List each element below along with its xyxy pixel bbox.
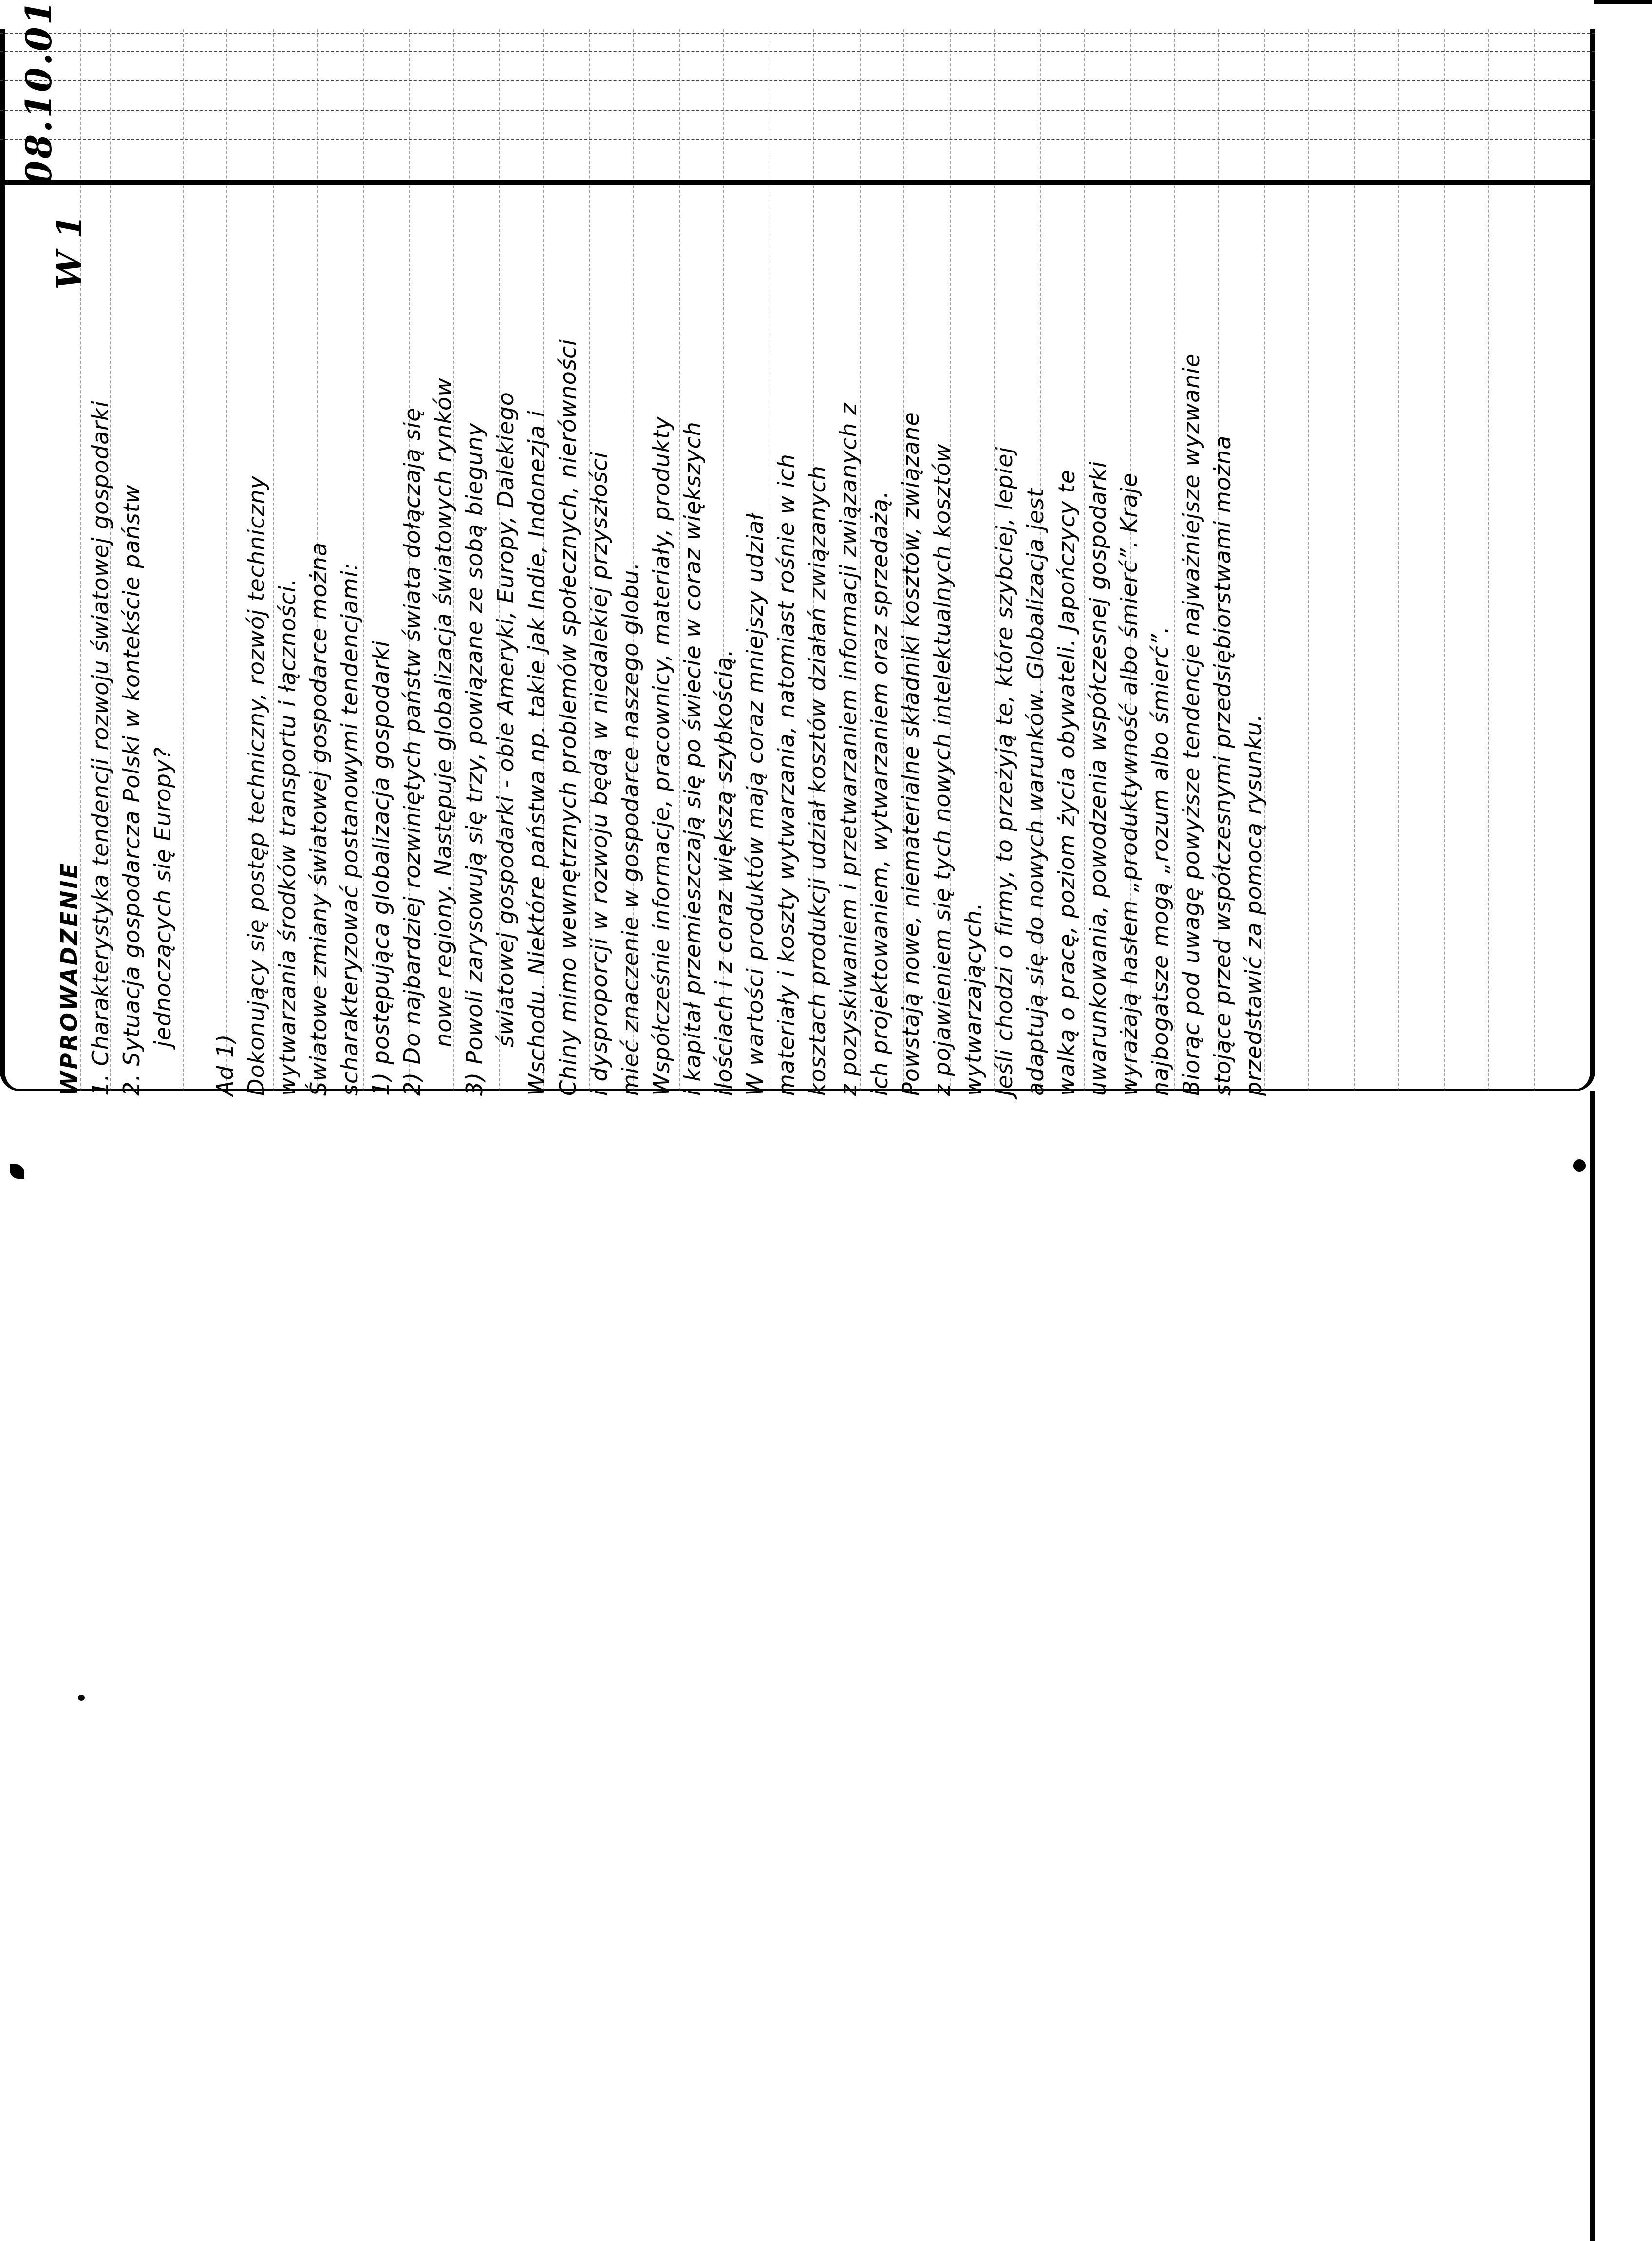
note-line: Światowe zmiany światowej gospodarce moż… <box>303 195 334 1096</box>
answer-label: Ad 1) <box>209 195 241 1096</box>
title-row: WPROWADZENIE W 1 <box>54 195 85 1096</box>
topic-line: 1. Charakterystyka tendencji rozwoju świ… <box>85 195 116 1096</box>
note-line: Jeśli chodzi o firmy, to przeżyją te, kt… <box>989 195 1020 1096</box>
lecture-number: W 1 <box>54 195 85 290</box>
notebook-spine <box>1590 1091 1595 2241</box>
note-line: stojące przed współczesnymi przedsiębior… <box>1207 195 1238 1096</box>
note-line: wyrażają hasłem „produktywność albo śmie… <box>1113 195 1145 1096</box>
note-line: najbogatsze mogą „rozum albo śmierć”. <box>1145 195 1176 1096</box>
note-line: uwarunkowania, powodzenia współczesnej g… <box>1082 195 1113 1096</box>
handwritten-notes: WPROWADZENIE W 1 1. Charakterystyka tend… <box>54 195 1588 1096</box>
note-line: 3) Powoli zarysowują się trzy, powiązane… <box>459 195 490 1096</box>
note-line: kosztach produkcji udział kosztów działa… <box>802 195 833 1096</box>
lecture-date: 08.10.01. <box>10 68 68 185</box>
note-line: wytwarzających. <box>957 195 989 1096</box>
scan-corner-mark <box>1573 1159 1586 1172</box>
note-line: nowe regiony. Następuje globalizacja świ… <box>428 195 459 1096</box>
scan-edge <box>1594 0 1652 4</box>
note-line: Chiny mimo wewnętrznych problemów społec… <box>552 195 583 1096</box>
note-line: adaptują się do nowych warunków. Globali… <box>1020 195 1051 1096</box>
scan-speck <box>78 1695 85 1701</box>
header-divider <box>0 180 1595 185</box>
note-line: ich projektowaniem, wytwarzaniem oraz sp… <box>864 195 895 1096</box>
note-line: walką o pracę, poziom życia obywateli. J… <box>1051 195 1082 1096</box>
note-line: Powstają nowe, niematerialne składniki k… <box>895 195 926 1096</box>
note-line: i kapitał przemieszczają się po świecie … <box>677 195 708 1096</box>
note-line: Współcześnie informacje, pracownicy, mat… <box>646 195 677 1096</box>
note-line: scharakteryzować postanowymi tendencjami… <box>334 195 365 1096</box>
note-line: wytwarzania środków transportu i łącznoś… <box>272 195 303 1096</box>
section-title: WPROWADZENIE <box>54 861 85 1096</box>
header-band <box>0 29 1595 185</box>
note-line: mieć znaczenie w gospodarce naszego glob… <box>615 195 646 1096</box>
note-line: przedstawić za pomocą rysunku. <box>1238 195 1269 1096</box>
note-line: światowej gospodarki - obie Ameryki, Eur… <box>490 195 521 1096</box>
note-line: i dysproporcji w rozwoju będą w niedalek… <box>583 195 615 1096</box>
note-line: materiały i koszty wytwarzania, natomias… <box>770 195 802 1096</box>
note-line: z pojawieniem się tych nowych intelektua… <box>926 195 957 1096</box>
note-line: Wschodu. Niektóre państwa np. takie jak … <box>521 195 552 1096</box>
note-line: Dokonujący się postęp techniczny, rozwój… <box>241 195 272 1096</box>
note-line: z pozyskiwaniem i przetwarzaniem informa… <box>833 195 864 1096</box>
note-line: Biorąc pod uwagę powyższe tendencje najw… <box>1176 195 1207 1096</box>
note-line: ilościach i z coraz większą szybkością. <box>708 195 739 1096</box>
scan-corner-mark <box>10 1164 24 1179</box>
note-line: 2) Do najbardziej rozwiniętych państw św… <box>396 195 428 1096</box>
note-line: W wartości produktów mają coraz mniejszy… <box>739 195 770 1096</box>
note-line: 1) postępująca globalizacja gospodarki <box>365 195 396 1096</box>
topic-line: jednoczących się Europy? <box>147 195 178 1096</box>
topic-line: 2. Sytuacja gospodarcza Polski w kontekś… <box>116 195 147 1096</box>
